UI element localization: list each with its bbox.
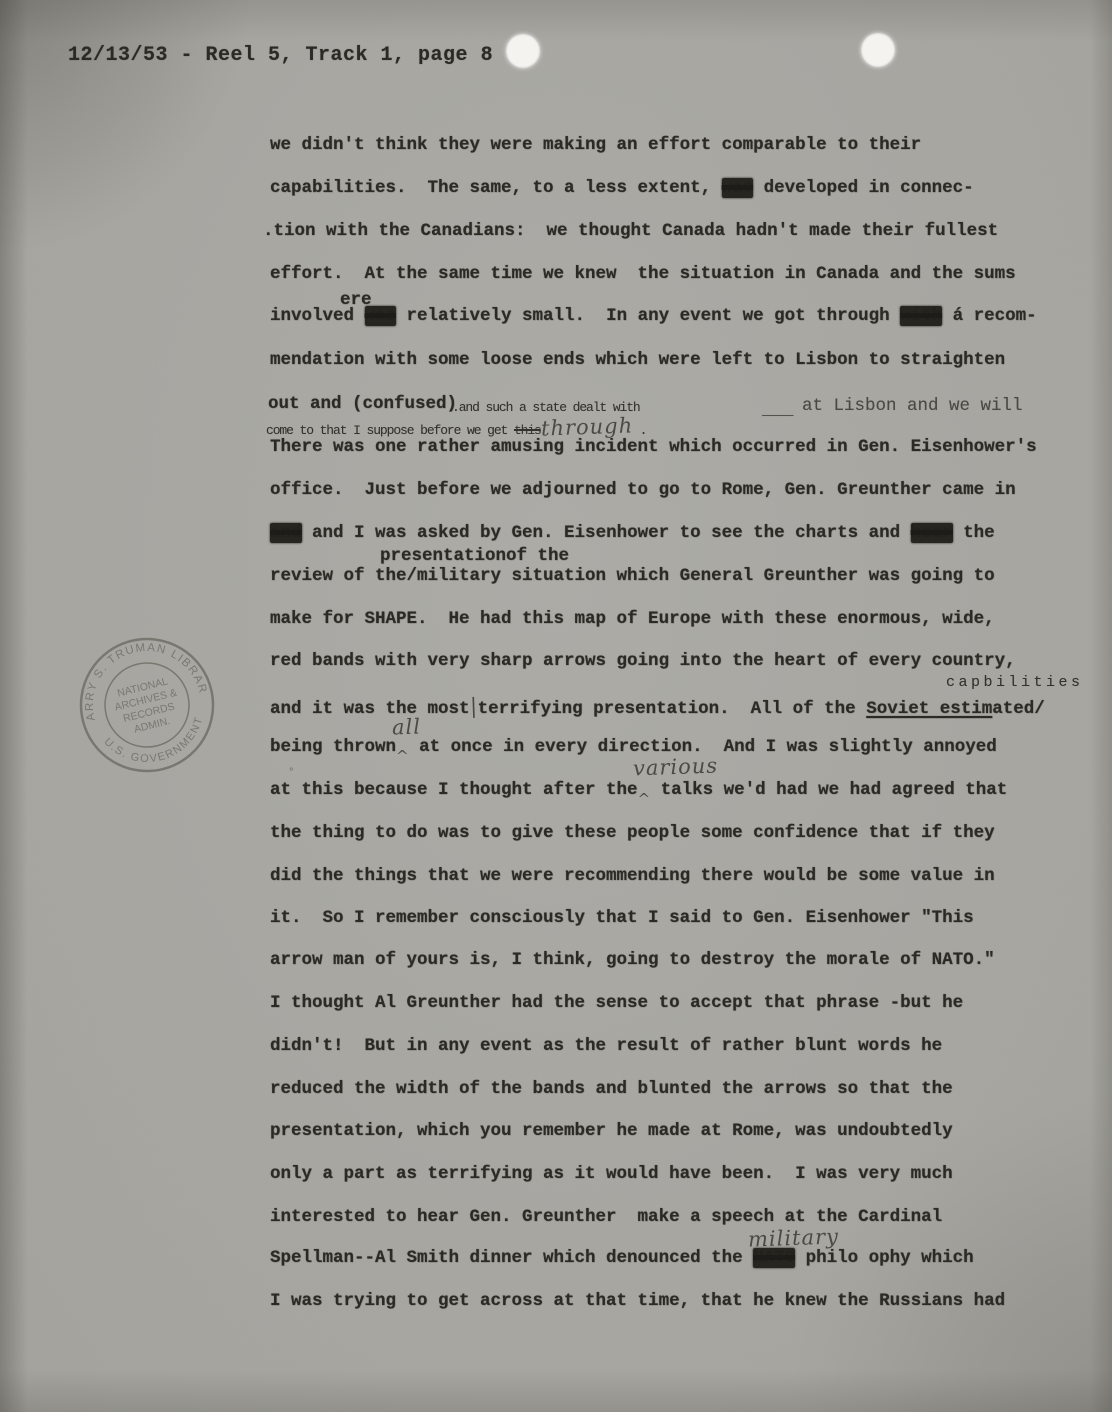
document-line: There was one rather amusing incident wh… (270, 437, 1037, 457)
document-line: capabilities. The same, to a less extent… (270, 178, 974, 198)
document-line: red bands with very sharp arrows going i… (270, 651, 1016, 671)
document-line: involved was relatively small. In any ev… (270, 306, 1037, 326)
document-line: arrow man of yours is, I think, going to… (270, 950, 995, 970)
document-line: reduced the width of the bands and blunt… (270, 1079, 953, 1099)
typewritten-text: I thought Al Greunther had the sense to … (270, 993, 963, 1013)
typewritten-text-light: at Lisbon and we will (802, 396, 1023, 416)
typewritten-text: .tion with the Canadians: we thought Can… (263, 221, 998, 241)
typed-insertion-line: at Lisbon and we will (802, 396, 1023, 416)
document-line: at this because I thought after the^ tal… (270, 780, 1007, 800)
document-line: office. Just before we adjourned to go t… (270, 480, 1016, 500)
typewritten-text: make for SHAPE. He had this map of Europ… (270, 609, 995, 629)
document-line: the thing to do was to give these people… (270, 823, 995, 843)
typewritten-text: review of the/military situation which G… (270, 566, 995, 586)
document-line: Spellman--Al Smith dinner which denounce… (270, 1248, 974, 1268)
typed-insertion: come to that I suppose before we get (266, 423, 514, 438)
struck-out-text: was (365, 306, 397, 326)
typewritten-text: I was trying to get across at that time,… (270, 1291, 1005, 1311)
typewritten-text: There was one rather amusing incident wh… (270, 437, 1037, 457)
caret-mark: ^ (396, 747, 409, 765)
document-line: interested to hear Gen. Greunther make a… (270, 1207, 942, 1227)
typed-insertion: .and such a state dealt with (452, 400, 640, 415)
document-line: it. So I remember consciously that I sai… (270, 908, 974, 928)
typewritten-text: capabilities. The same, to a less extent… (270, 178, 722, 198)
typewritten-text: only a part as terrifying as it would ha… (270, 1164, 953, 1184)
typewritten-text: presentationof the (380, 546, 569, 566)
document-line: only a part as terrifying as it would ha… (270, 1164, 953, 1184)
typewritten-text: the thing to do was to give these people… (270, 823, 995, 843)
typewritten-text: office. Just before we adjourned to go t… (270, 480, 1016, 500)
typed-correction: presentationof the (380, 546, 569, 566)
typewritten-text: presentation, which you remember he made… (270, 1121, 953, 1141)
handwritten-annotation: all (392, 715, 422, 740)
typewritten-text: and it was the most (270, 699, 470, 719)
document-line: didn't! But in any event as the result o… (270, 1036, 942, 1056)
struck-out-text: was (722, 178, 754, 198)
typewritten-text: arrow man of yours is, I think, going to… (270, 950, 995, 970)
page-header: 12/13/53 - Reel 5, Track 1, page 8 (68, 44, 493, 67)
document-line: I thought Al Greunther had the sense to … (270, 993, 963, 1013)
document-line: mendation with some loose ends which wer… (270, 350, 1005, 370)
typed-insertion-line: ___ (762, 400, 794, 420)
document-line: effort. At the same time we knew the sit… (270, 264, 1016, 284)
typewritten-text: ated/ (992, 699, 1045, 719)
typewritten-text: mendation with some loose ends which wer… (270, 350, 1005, 370)
typed-insertion: . (633, 423, 646, 438)
struck-out-text: and (270, 523, 302, 543)
typewritten-text: relatively small. In any event we got th… (396, 306, 900, 326)
typewritten-text: Spellman--Al Smith dinner which denounce… (270, 1248, 753, 1268)
document-line: we didn't think they were making an effo… (270, 135, 921, 155)
typed-insertion: capbilities (946, 674, 1084, 691)
typewritten-text: á recom- (942, 306, 1037, 326)
typewritten-text: philo ophy which (795, 1248, 974, 1268)
typewritten-text: effort. At the same time we knew the sit… (270, 264, 1016, 284)
punch-hole-left (506, 34, 540, 68)
typewritten-text: red bands with very sharp arrows going i… (270, 651, 1016, 671)
typewritten-text: did the things that we were recommending… (270, 866, 995, 886)
typewritten-text: interested to hear Gen. Greunther make a… (270, 1207, 942, 1227)
typewritten-text: talks we'd had we had agreed that (650, 780, 1007, 800)
typewritten-text: reduced the width of the bands and blunt… (270, 1079, 953, 1099)
handwritten-mark-line: ° (288, 762, 295, 780)
typewritten-text-light: ___ (762, 400, 794, 420)
typewritten-text: involved (270, 306, 365, 326)
typewritten-text: being thrown (270, 737, 396, 757)
document-line: .tion with the Canadians: we thought Can… (263, 221, 998, 241)
typewritten-text: we didn't think they were making an effo… (270, 135, 921, 155)
document-line: make for SHAPE. He had this map of Europ… (270, 609, 995, 629)
typewritten-text: didn't! But in any event as the result o… (270, 1036, 942, 1056)
document-line: being thrown^ at once in every direction… (270, 737, 997, 757)
handwritten-annotation: | (469, 694, 478, 718)
typed-correction: capbilities (946, 673, 1084, 691)
typed-insertion-line: come to that I suppose before we get thi… (266, 415, 646, 439)
typewritten-text: terrifying presentation. All of the (478, 699, 867, 719)
typewritten-text: the (953, 523, 995, 543)
handwritten-insertion: all (392, 715, 421, 739)
struck-out-text: NATO (753, 1248, 795, 1268)
typewritten-text: and I was asked by Gen. Eisenhower to se… (302, 523, 911, 543)
struck-out-text: hear (911, 523, 953, 543)
handwritten-annotation: various (633, 754, 719, 781)
document-line: I was trying to get across at that time,… (270, 1291, 1005, 1311)
struck-out-text: with (900, 306, 942, 326)
document-line: presentation, which you remember he made… (270, 1121, 953, 1141)
typewritten-text: out and (confused) (268, 394, 457, 414)
handwritten-mark: ° (288, 767, 295, 779)
typewritten-text: it. So I remember consciously that I sai… (270, 908, 974, 928)
handwritten-insertion: various (633, 755, 718, 779)
document-line: and it was the most|terrifying presentat… (270, 694, 1045, 719)
struck-out-text: this (514, 423, 541, 438)
underlined-text: Soviet estim (866, 699, 992, 719)
typewritten-text: at this because I thought after the (270, 780, 638, 800)
typewritten-text: developed in connec- (753, 178, 974, 198)
handwritten-insertion: military (748, 1226, 839, 1250)
document-line: and and I was asked by Gen. Eisenhower t… (270, 523, 995, 543)
caret-mark: ^ (638, 790, 651, 808)
document-line: out and (confused) (268, 394, 457, 414)
punch-hole-right (861, 33, 895, 67)
document-line: did the things that we were recommending… (270, 866, 995, 886)
document-line: review of the/military situation which G… (270, 566, 995, 586)
